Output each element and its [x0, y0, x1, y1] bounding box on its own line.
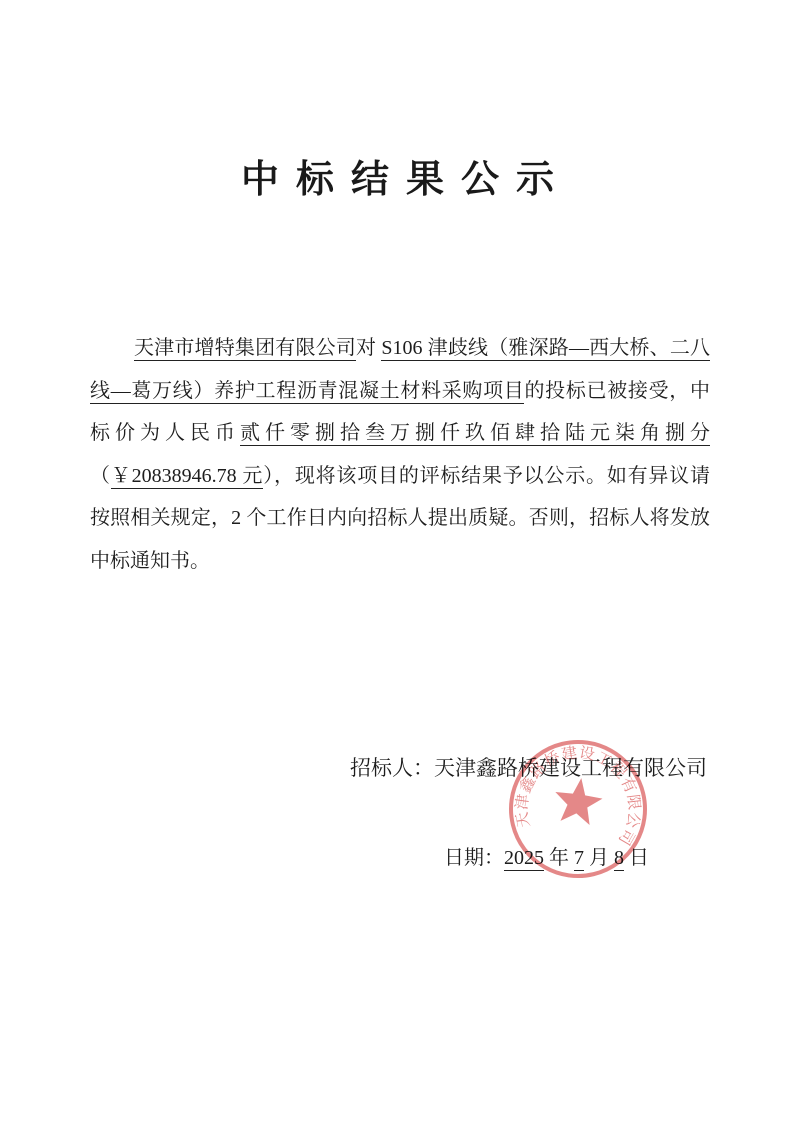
body-underlined-text: ￥20838946.78 元: [111, 465, 263, 489]
date-text: 年: [544, 847, 574, 869]
body-underlined-text: 线—葛万线）养护工程沥青混凝土材料采购项目: [90, 380, 524, 404]
body-line: 标价为人民币贰仟零捌拾叁万捌仟玖佰肆拾陆元柒角捌分: [90, 412, 710, 455]
date-underlined-text: 8: [614, 847, 624, 871]
body-paragraph: 天津市增特集团有限公司对 S106 津歧线（雅深路—西大桥、二八线—葛万线）养护…: [90, 327, 710, 582]
body-underlined-text: S106 津歧线（雅深路—西大桥、二八: [381, 337, 710, 361]
body-text: 按照相关规定，2 个工作日内向招标人提出质疑。否则，招标人将发放: [90, 507, 710, 529]
date-underlined-text: 7: [574, 847, 584, 871]
page-title: 中标结果公示: [0, 148, 795, 203]
date-underlined-text: 2025: [504, 847, 544, 871]
body-text: ），现将该项目的评标结果予以公示。如有异议请: [263, 465, 710, 487]
signature-company: 天津鑫路桥建设工程有限公司: [434, 756, 707, 780]
body-underlined-text: 贰仟零捌拾叁万捌仟玖佰肆拾陆元柒角捌分: [240, 422, 710, 446]
body-line: 按照相关规定，2 个工作日内向招标人提出质疑。否则，招标人将发放: [90, 497, 710, 540]
body-line: 线—葛万线）养护工程沥青混凝土材料采购项目的投标已被接受，中: [90, 370, 710, 413]
date-line: 日期：2025 年 7 月 8 日: [444, 843, 649, 873]
date-text: 月: [584, 847, 614, 869]
body-line: 天津市增特集团有限公司对 S106 津歧线（雅深路—西大桥、二八: [90, 327, 710, 370]
signature-line: 招标人：天津鑫路桥建设工程有限公司: [350, 752, 707, 784]
body-text: （: [90, 465, 111, 487]
signature-label: 招标人：: [350, 756, 434, 780]
date-text: 日期：: [444, 847, 504, 869]
announcement-page: 中标结果公示 天津市增特集团有限公司对 S106 津歧线（雅深路—西大桥、二八线…: [0, 0, 795, 1124]
body-line: （￥20838946.78 元），现将该项目的评标结果予以公示。如有异议请: [90, 455, 710, 498]
body-text: 中标通知书。: [90, 550, 210, 572]
body-text: 对: [356, 337, 381, 359]
body-text: 标价为人民币: [90, 422, 240, 444]
company-seal: 天津鑫路桥建设工程有限公司: [483, 714, 673, 904]
body-line: 中标通知书。: [90, 540, 710, 583]
body-underlined-text: 天津市增特集团有限公司: [134, 337, 356, 361]
body-text: 的投标已被接受，中: [524, 380, 710, 402]
date-text: 日: [624, 847, 649, 869]
